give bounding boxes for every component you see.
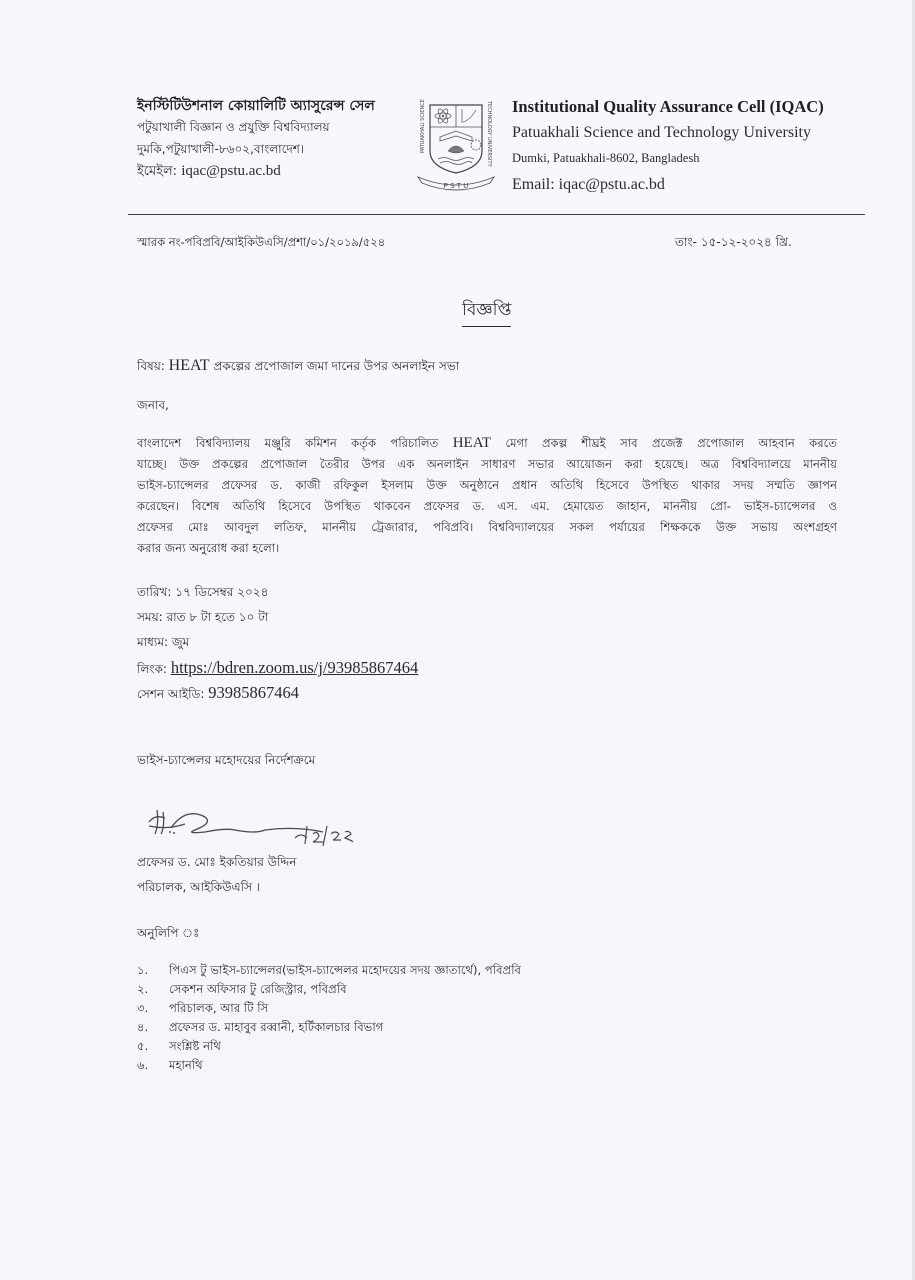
memo-date: তাং- ১৫-১২-২০২৪ খ্রি.	[675, 234, 792, 254]
signer-name: প্রফেসর ড. মোঃ ইকতিয়ার উদ্দিন	[137, 850, 296, 875]
notice-title: বিজ্ঞপ্তি	[462, 297, 511, 327]
body-line-en-text: HEAT	[453, 435, 491, 451]
list-item: ৫.সংশ্লিষ্ট নথি	[137, 1037, 521, 1056]
salutation: জনাব,	[137, 397, 169, 417]
meeting-date-label: তারিখ:	[137, 585, 171, 599]
subject-line: বিষয়: HEAT প্রকল্পের প্রপোজাল জমা দানের…	[137, 357, 459, 378]
body-line-text: যাচ্ছে। উক্ত প্রকল্পের প্রপোজাল তৈরীর উপ…	[137, 457, 837, 471]
svg-text:P S T U: P S T U	[444, 182, 469, 190]
copies-label: অনুলিপি ঃ	[137, 925, 199, 945]
list-item-text: পরিচালক, আর টি সি	[169, 1001, 268, 1015]
letterhead-en-university: Patuakhali Science and Technology Univer…	[512, 121, 872, 145]
meeting-medium-value: জুম	[172, 635, 189, 649]
meeting-time-value: রাত ৮ টা হতে ১০ টা	[167, 610, 269, 624]
list-item-number: ২.	[137, 980, 169, 999]
letterhead-bn-email-address: iqac@pstu.ac.bd	[181, 163, 281, 179]
signer-block: প্রফেসর ড. মোঃ ইকতিয়ার উদ্দিন পরিচালক, …	[137, 850, 296, 900]
list-item: ১.পিএস টু ভাইস-চ্যান্সেলর(ভাইস-চ্যান্সেল…	[137, 961, 521, 980]
list-item-text: প্রফেসর ড. মাহাবুব রব্বানী, হর্টিকালচার …	[169, 1020, 383, 1034]
list-item: ৪.প্রফেসর ড. মাহাবুব রব্বানী, হর্টিকালচা…	[137, 1018, 521, 1037]
subject-project-name: HEAT	[169, 357, 210, 374]
meeting-medium-label: মাধ্যম:	[137, 635, 168, 649]
meeting-session-row: সেশন আইডি: 93985867464	[137, 680, 418, 705]
meeting-medium-row: মাধ্যম: জুম	[137, 630, 418, 655]
list-item-text: মহানথি	[169, 1058, 203, 1072]
body-line-text: করেছেন। বিশেষ অতিথি হিসেবে উপস্থিত থাকবে…	[137, 499, 837, 513]
letterhead-en-title: Institutional Quality Assurance Cell (IQ…	[512, 95, 872, 119]
body-line: করেছেন। বিশেষ অতিথি হিসেবে উপস্থিত থাকবে…	[137, 496, 837, 517]
meeting-time-label: সময়:	[137, 610, 163, 624]
meeting-details: তারিখ: ১৭ ডিসেম্বর ২০২৪ সময়: রাত ৮ টা হ…	[137, 580, 418, 705]
meeting-link[interactable]: https://bdren.zoom.us/j/93985867464	[171, 658, 419, 677]
list-item: ৩.পরিচালক, আর টি সি	[137, 999, 521, 1018]
body-line-text: করার জন্য অনুরোধ করা হলো।	[137, 541, 279, 555]
meeting-date-value: ১৭ ডিসেম্বর ২০২৪	[175, 585, 268, 599]
by-order-line: ভাইস-চ্যান্সেলর মহোদয়ের নির্দেশক্রমে	[137, 752, 315, 772]
list-item: ৬.মহানথি	[137, 1056, 521, 1075]
signer-title: পরিচালক, আইকিউএসি ।	[137, 875, 296, 900]
body-paragraph: বাংলাদেশ বিশ্ববিদ্যালয় মঞ্জুরি কমিশন কর…	[137, 433, 837, 559]
letterhead-bangla: ইনস্টিটিউশনাল কোয়ালিটি অ্যাসুরেন্স সেল …	[137, 94, 407, 182]
body-line: ভাইস-চ্যান্সেলর প্রফেসর ড. কাজী রফিকুল ই…	[137, 475, 837, 496]
letterhead-bn-title: ইনস্টিটিউশনাল কোয়ালিটি অ্যাসুরেন্স সেল	[137, 94, 407, 116]
document-page: ইনস্টিটিউশনাল কোয়ালিটি অ্যাসুরেন্স সেল …	[0, 0, 915, 1280]
signature-icon	[145, 800, 375, 850]
list-item-text: সংশ্লিষ্ট নথি	[169, 1039, 221, 1053]
letterhead-bn-university: পটুয়াখালী বিজ্ঞান ও প্রযুক্তি বিশ্ববিদ্…	[137, 116, 407, 138]
meeting-session-id: 93985867464	[208, 683, 299, 702]
list-item-number: ৬.	[137, 1056, 169, 1075]
list-item: ২.সেকশন অফিসার টু রেজিস্ট্রার, পবিপ্রবি	[137, 980, 521, 999]
body-line: প্রফেসর মোঃ আবদুল লতিফ, মাননীয় ট্রেজারা…	[137, 517, 837, 538]
subject-label: বিষয়:	[137, 359, 165, 373]
list-item-text: সেকশন অফিসার টু রেজিস্ট্রার, পবিপ্রবি	[169, 982, 347, 996]
body-line-text: ভাইস-চ্যান্সেলর প্রফেসর ড. কাজী রফিকুল ই…	[137, 478, 837, 492]
list-item-text: পিএস টু ভাইস-চ্যান্সেলর(ভাইস-চ্যান্সেলর …	[169, 963, 521, 977]
list-item-number: ৫.	[137, 1037, 169, 1056]
meeting-time-row: সময়: রাত ৮ টা হতে ১০ টা	[137, 605, 418, 630]
letterhead-divider	[128, 214, 865, 215]
pstu-university-seal-icon: PATUAKHALI SCIENCE TECHNOLOGY UNIVERSITY…	[410, 93, 500, 193]
list-item-number: ৪.	[137, 1018, 169, 1037]
meeting-date-row: তারিখ: ১৭ ডিসেম্বর ২০২৪	[137, 580, 418, 605]
letterhead-en-email: Email: iqac@pstu.ac.bd	[512, 173, 872, 197]
meeting-link-label: লিংক:	[137, 662, 167, 676]
body-line-text: বাংলাদেশ বিশ্ববিদ্যালয় মঞ্জুরি কমিশন কর…	[137, 436, 453, 450]
body-line: বাংলাদেশ বিশ্ববিদ্যালয় মঞ্জুরি কমিশন কর…	[137, 433, 837, 454]
body-line: যাচ্ছে। উক্ত প্রকল্পের প্রপোজাল তৈরীর উপ…	[137, 454, 837, 475]
meeting-link-row: লিংক: https://bdren.zoom.us/j/9398586746…	[137, 655, 418, 680]
letterhead-en-address: Dumki, Patuakhali-8602, Bangladesh	[512, 147, 872, 169]
memo-number: স্মারক নং-পবিপ্রবি/আইকিউএসি/প্রশা/০১/২০১…	[137, 234, 385, 253]
letterhead-bn-email: ইমেইল: iqac@pstu.ac.bd	[137, 160, 407, 182]
letterhead-bn-address: দুমকি,পটুয়াখালী-৮৬০২,বাংলাদেশ।	[137, 138, 407, 160]
letterhead-english: Institutional Quality Assurance Cell (IQ…	[512, 95, 872, 197]
svg-text:PATUAKHALI SCIENCE: PATUAKHALI SCIENCE	[420, 99, 426, 153]
list-item-number: ১.	[137, 961, 169, 980]
subject-text: প্রকল্পের প্রপোজাল জমা দানের উপর অনলাইন …	[213, 359, 459, 373]
list-item-number: ৩.	[137, 999, 169, 1018]
copies-list: ১.পিএস টু ভাইস-চ্যান্সেলর(ভাইস-চ্যান্সেল…	[137, 961, 521, 1075]
body-line-text: মেগা প্রকল্প শীঘ্রই সাব প্রজেক্ট প্রপোজা…	[491, 436, 837, 450]
meeting-session-label: সেশন আইডি:	[137, 687, 204, 701]
letterhead-bn-email-label: ইমেইল:	[137, 164, 177, 179]
body-line: করার জন্য অনুরোধ করা হলো।	[137, 538, 837, 559]
svg-text:TECHNOLOGY UNIVERSITY: TECHNOLOGY UNIVERSITY	[486, 100, 492, 168]
body-line-text: প্রফেসর মোঃ আবদুল লতিফ, মাননীয় ট্রেজারা…	[137, 520, 837, 534]
